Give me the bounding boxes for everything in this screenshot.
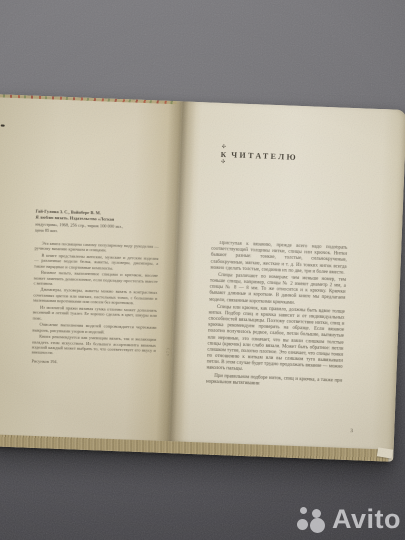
left-page: Гай-Гулина З. С., Вайнберг В. М. Я люблю… — [0, 94, 182, 441]
right-page-text-block: Приступая к вязанию, прежде всего надо п… — [206, 241, 348, 392]
open-book: Гай-Гулина З. С., Вайнберг В. М. Я люблю… — [0, 94, 405, 462]
body-paragraph: Приступая к вязанию, прежде всего надо п… — [210, 241, 347, 277]
annotation-paragraph: Книга рекомендуется как умеющим вязать, … — [32, 334, 157, 359]
page-edge-speck — [1, 124, 5, 126]
figures-count-note: Рисунков 194. — [31, 358, 155, 367]
annotation-paragraph: Вязаное пальто, выполненное спицами и кр… — [34, 270, 158, 290]
page-number: 3 — [350, 428, 353, 434]
logo-circle — [300, 507, 307, 514]
body-paragraph: Спицы различают по номерам: чем меньше н… — [209, 272, 346, 308]
avito-logo-icon — [297, 505, 327, 535]
watermark-brand-text: Avito — [332, 504, 401, 535]
photo-scene: Гай-Гулина З. С., Вайнберг В. М. Я люблю… — [0, 0, 405, 540]
ornament-icon: ✣ — [221, 159, 225, 164]
body-paragraph: Спицы или крючок, как правило, должны бы… — [206, 304, 345, 377]
logo-circle — [310, 518, 325, 533]
annotation-paragraph: В книге представлены женские, мужские и … — [34, 252, 158, 272]
chapter-header: ✣ К ✣ ЧИТАТЕЛЮ — [220, 145, 298, 167]
chapter-title: ЧИТАТЕЛЮ — [231, 151, 298, 163]
left-page-text-block: Гай-Гулина З. С., Вайнберг В. М. Я люблю… — [31, 209, 159, 368]
annotation-paragraph: Джемперы, пуловеры, жакеты можно вязать … — [33, 287, 157, 307]
logo-circle — [297, 519, 308, 530]
annotation-paragraph: Из мохнатой пряжи вязаная сумка отлично … — [33, 304, 157, 324]
header-initial-letter: К — [221, 151, 227, 159]
header-initial-column: ✣ К ✣ — [220, 145, 226, 165]
logo-circle — [312, 509, 321, 518]
avito-watermark: Avito — [297, 504, 401, 535]
